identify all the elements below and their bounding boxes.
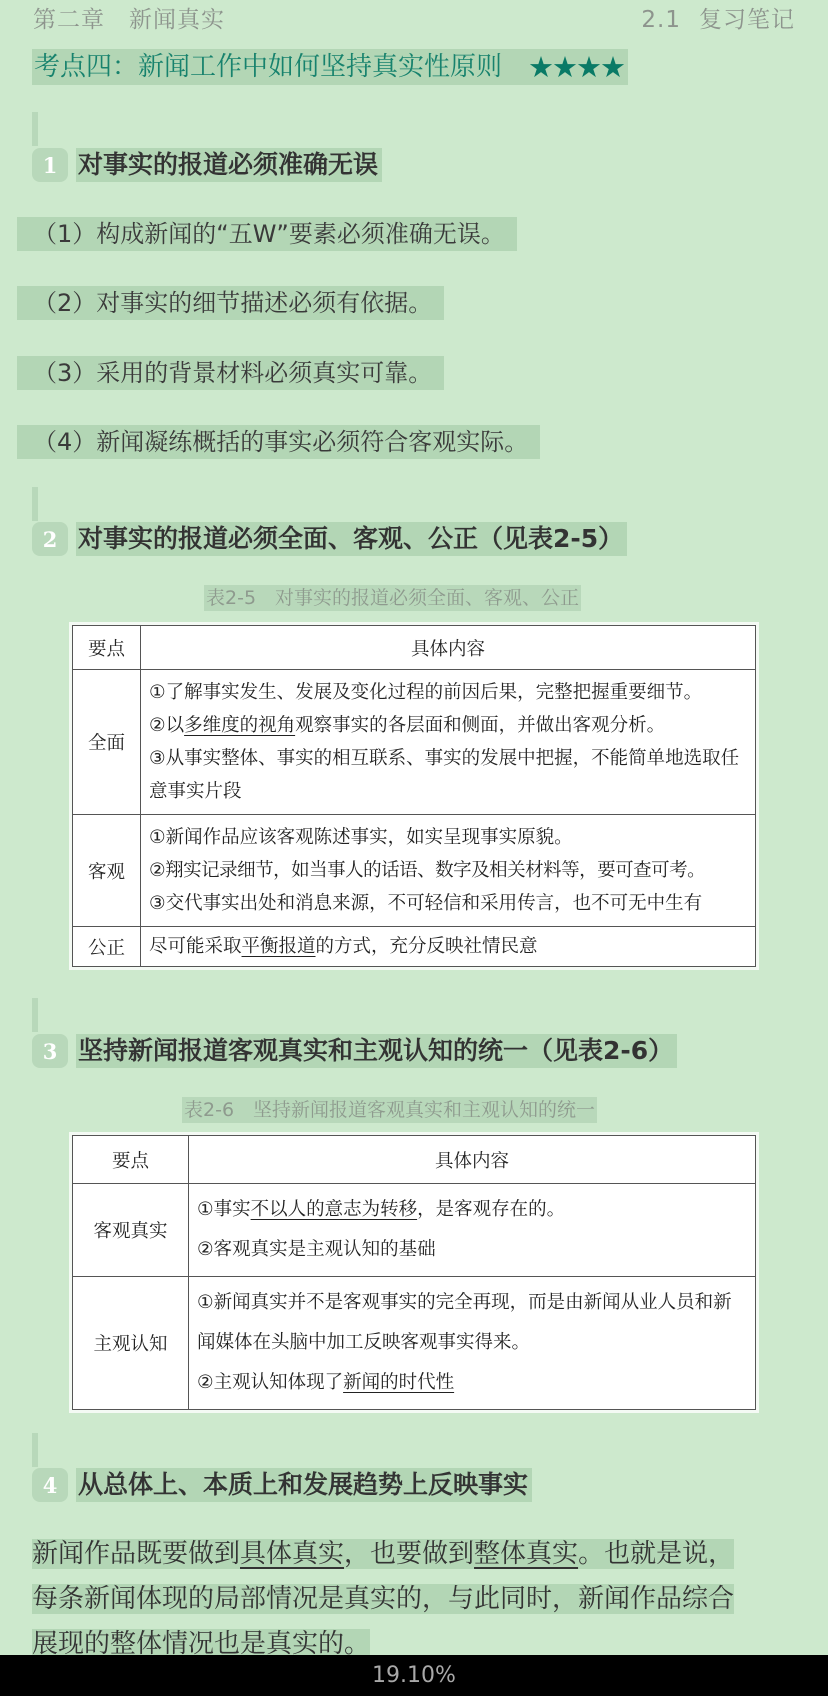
section-marker-bar [32, 1433, 38, 1467]
section-title: 对事实的报道必须全面、客观、公正（见表2-5） [76, 522, 627, 556]
section-marker-bar [32, 112, 38, 146]
content-line: ②客观真实是主观认知的基础 [197, 1230, 747, 1270]
table-header: 具体内容 [189, 1136, 756, 1184]
row-content: ①新闻真实并不是客观事实的完全再现，而是由新闻从业人员和新闻媒体在头脑中加工反映… [189, 1277, 756, 1410]
row-key: 全面 [73, 670, 141, 815]
text: ，也要做到 [344, 1539, 474, 1569]
table-2-5: 要点 具体内容 全面 ①了解事实发生、发展及变化过程的前因后果，完整把握重要细节… [72, 625, 756, 967]
table-header: 要点 [73, 1136, 189, 1184]
content-line: ②翔实记录细节，如当事人的话语、数字及相关材料等，要可查可考。 [149, 854, 747, 887]
text: ①事实 [197, 1199, 251, 1220]
table-caption: 表2-6 坚持新闻报道客观真实和主观认知的统一 [182, 1097, 597, 1123]
row-key: 客观 [73, 815, 141, 927]
underlined-text: 多维度的视角 [184, 715, 295, 736]
text: 观察事实的各层面和侧面，并做出客观分析。 [295, 715, 665, 736]
row-key: 公正 [73, 927, 141, 967]
row-content: ①新闻作品应该客观陈述事实，如实呈现事实原貌。 ②翔实记录细节，如当事人的话语、… [141, 815, 756, 927]
section-title: 坚持新闻报道客观真实和主观认知的统一（见表2-6） [76, 1034, 677, 1068]
section-marker-bar [32, 998, 38, 1032]
section-header: 2.1复习笔记 [641, 4, 795, 36]
content-line: ③交代事实出处和消息来源，不可轻信和采用传言，也不可无中生有 [149, 887, 747, 920]
section-number: 2.1 [641, 7, 681, 33]
table-row: 客观 ①新闻作品应该客观陈述事实，如实呈现事实原貌。 ②翔实记录细节，如当事人的… [73, 815, 756, 927]
reading-progress: 19.10% [372, 1663, 456, 1688]
content-line: ①了解事实发生、发展及变化过程的前因后果，完整把握重要细节。 [149, 676, 747, 709]
section-number-badge: 3 [32, 1034, 68, 1068]
text: 。也就是说， [578, 1539, 734, 1569]
table-row: 客观真实 ①事实不以人的意志为转移，是客观存在的。 ②客观真实是主观认知的基础 [73, 1184, 756, 1277]
list-item: （4）新闻凝练概括的事实必须符合客观实际。 [17, 425, 540, 459]
reading-progress-bar: 19.10% [0, 1655, 828, 1696]
paragraph-line: 新闻作品既要做到具体真实，也要做到整体真实。也就是说， [32, 1539, 734, 1569]
underlined-text: 新闻的时代性 [343, 1372, 454, 1393]
underlined-text: 整体真实 [474, 1539, 578, 1569]
text: 尽可能采取 [149, 936, 242, 957]
row-content: 尽可能采取平衡报道的方式，充分反映社情民意 [141, 927, 756, 967]
section-title: 对事实的报道必须准确无误 [76, 148, 382, 182]
list-item: （3）采用的背景材料必须真实可靠。 [17, 356, 444, 390]
text: 新闻作品既要做到 [32, 1539, 240, 1569]
table-row: 公正 尽可能采取平衡报道的方式，充分反映社情民意 [73, 927, 756, 967]
star-rating-icon: ★★★★ [528, 49, 624, 85]
paragraph-line: 每条新闻体现的局部情况是真实的，与此同时，新闻作品综合 [32, 1584, 734, 1614]
table-caption: 表2-5 对事实的报道必须全面、客观、公正 [204, 585, 581, 611]
kaodian-title: 考点四：新闻工作中如何坚持真实性原则 ★★★★ [32, 49, 628, 85]
table-row: 主观认知 ①新闻真实并不是客观事实的完全再现，而是由新闻从业人员和新闻媒体在头脑… [73, 1277, 756, 1410]
kaodian-text: 考点四：新闻工作中如何坚持真实性原则 [34, 49, 502, 85]
row-content: ①了解事实发生、发展及变化过程的前因后果，完整把握重要细节。 ②以多维度的视角观… [141, 670, 756, 815]
list-item: （2）对事实的细节描述必须有依据。 [17, 286, 444, 320]
reader-page: 第二章 新闻真实 2.1复习笔记 考点四：新闻工作中如何坚持真实性原则 ★★★★… [0, 0, 828, 1696]
text: ②主观认知体现了 [197, 1372, 343, 1393]
content-line: ③从事实整体、事实的相互联系、事实的发展中把握，不能简单地选取任意事实片段 [149, 742, 747, 808]
section-title: 从总体上、本质上和发展趋势上反映事实 [76, 1468, 532, 1502]
table-row: 全面 ①了解事实发生、发展及变化过程的前因后果，完整把握重要细节。 ②以多维度的… [73, 670, 756, 815]
section-heading-4: 4 从总体上、本质上和发展趋势上反映事实 [32, 1468, 532, 1502]
section-heading-1: 1 对事实的报道必须准确无误 [32, 148, 382, 182]
section-number-badge: 2 [32, 522, 68, 556]
section-heading-3: 3 坚持新闻报道客观真实和主观认知的统一（见表2-6） [32, 1034, 677, 1068]
content-line: ①新闻作品应该客观陈述事实，如实呈现事实原貌。 [149, 821, 747, 854]
section-number-badge: 4 [32, 1468, 68, 1502]
section-label: 复习笔记 [699, 7, 795, 33]
underlined-text: 不以人的意志为转移 [251, 1199, 418, 1220]
underlined-text: 具体真实 [240, 1539, 344, 1569]
text: ，是客观存在的。 [417, 1199, 565, 1220]
list-item: （1）构成新闻的“五W”要素必须准确无误。 [17, 217, 517, 251]
section-heading-2: 2 对事实的报道必须全面、客观、公正（见表2-5） [32, 522, 627, 556]
content-line: ②主观认知体现了新闻的时代性 [197, 1363, 747, 1403]
table-header: 要点 [73, 626, 141, 670]
body-paragraph: 新闻作品既要做到具体真实，也要做到整体真实。也就是说， 每条新闻体现的局部情况是… [32, 1532, 787, 1667]
table-2-6: 要点 具体内容 客观真实 ①事实不以人的意志为转移，是客观存在的。 ②客观真实是… [72, 1135, 756, 1410]
content-line: ①新闻真实并不是客观事实的完全再现，而是由新闻从业人员和新闻媒体在头脑中加工反映… [197, 1283, 747, 1363]
section-marker-bar [32, 487, 38, 521]
chapter-header: 第二章 新闻真实 [33, 4, 225, 36]
content-line: ②以多维度的视角观察事实的各层面和侧面，并做出客观分析。 [149, 709, 747, 742]
section-number-badge: 1 [32, 148, 68, 182]
row-key: 主观认知 [73, 1277, 189, 1410]
row-content: ①事实不以人的意志为转移，是客观存在的。 ②客观真实是主观认知的基础 [189, 1184, 756, 1277]
content-line: ①事实不以人的意志为转移，是客观存在的。 [197, 1190, 747, 1230]
text: ②以 [149, 715, 184, 736]
underlined-text: 平衡报道 [242, 936, 316, 957]
row-key: 客观真实 [73, 1184, 189, 1277]
text: 的方式，充分反映社情民意 [316, 936, 538, 957]
table-header: 具体内容 [141, 626, 756, 670]
